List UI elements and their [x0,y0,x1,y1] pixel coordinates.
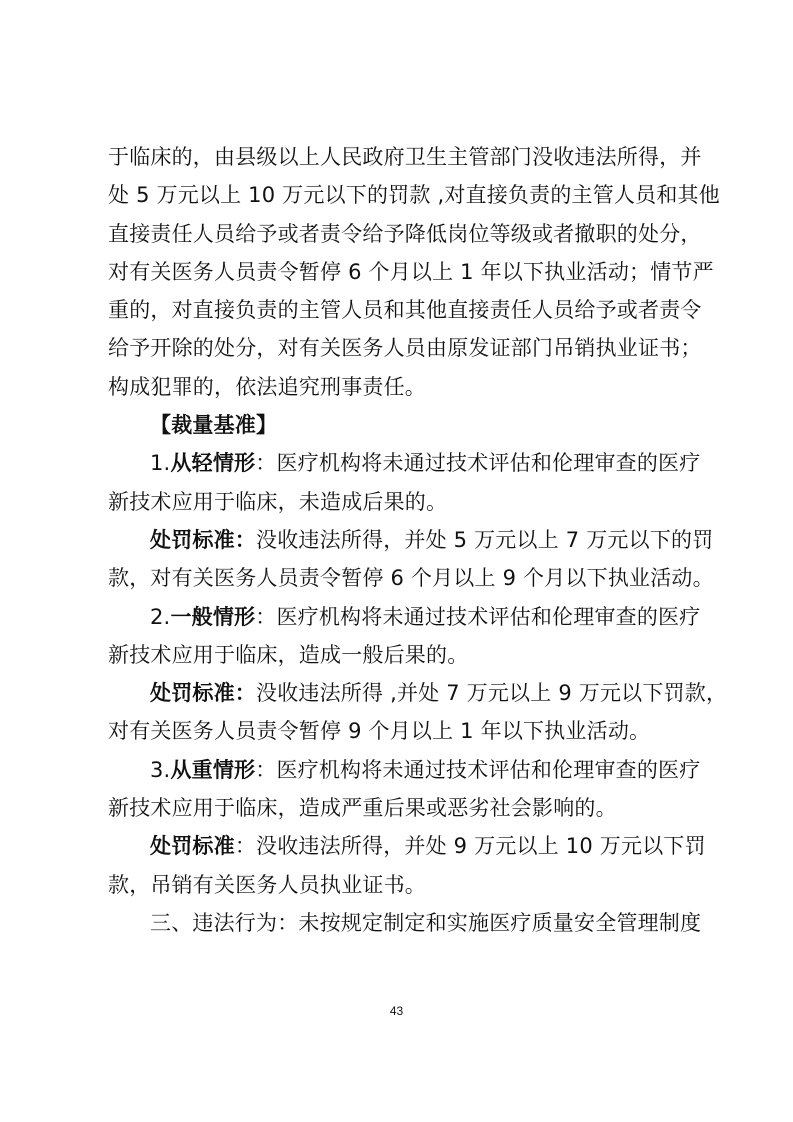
section-heading: 【裁量基准】 [108,406,694,444]
penalty-standard: 处罚标准：没收违法所得，并处 5 万元以上 7 万元以下的罚 [108,521,694,559]
document-page: 于临床的，由县级以上人民政府卫生主管部门没收违法所得，并 处 5 万元以上 10… [108,138,694,942]
item-description-cont: 新技术应用于临床，造成严重后果或恶劣社会影响的。 [108,789,694,827]
paragraph-line: 处 5 万元以上 10 万元以下的罚款 ,对直接负责的主管人员和其他 [108,176,694,214]
item-description: 2.一般情形：医疗机构将未通过技术评估和伦理审查的医疗 [108,598,694,636]
paragraph-line: 构成犯罪的，依法追究刑事责任。 [108,368,694,406]
penalty-standard-cont: 款，对有关医务人员责令暂停 6 个月以上 9 个月以下执业活动。 [108,559,694,597]
item-label: 一般情形 [170,605,255,629]
item-label: 从重情形 [170,758,255,782]
item-description: 1.从轻情形：医疗机构将未通过技术评估和伦理审查的医疗 [108,444,694,482]
penalty-standard: 处罚标准：没收违法所得 ,并处 7 万元以上 9 万元以下罚款， [108,674,694,712]
paragraph-line: 重的，对直接负责的主管人员和其他直接责任人员给予或者责令 [108,291,694,329]
penalty-label: 处罚标准 [150,834,235,858]
item-description-cont: 新技术应用于临床，造成一般后果的。 [108,636,694,674]
paragraph-line: 直接责任人员给予或者责令给予降低岗位等级或者撤职的处分， [108,215,694,253]
penalty-label: 处罚标准： [150,528,256,552]
penalty-standard-cont: 款，吊销有关医务人员执业证书。 [108,866,694,904]
item-description-cont: 新技术应用于临床，未造成后果的。 [108,483,694,521]
paragraph-line: 于临床的，由县级以上人民政府卫生主管部门没收违法所得，并 [108,138,694,176]
penalty-label: 处罚标准： [150,681,256,705]
penalty-standard-cont: 对有关医务人员责令暂停 9 个月以上 1 年以下执业活动。 [108,712,694,750]
penalty-standard: 处罚标准：没收违法所得，并处 9 万元以上 10 万元以下罚 [108,827,694,865]
item-label: 从轻情形 [170,451,255,475]
item-description: 3.从重情形：医疗机构将未通过技术评估和伦理审查的医疗 [108,751,694,789]
paragraph-line: 对有关医务人员责令暂停 6 个月以上 1 年以下执业活动；情节严 [108,253,694,291]
paragraph-line: 给予开除的处分，对有关医务人员由原发证部门吊销执业证书； [108,329,694,367]
next-section-heading: 三、违法行为：未按规定制定和实施医疗质量安全管理制度 [108,904,694,942]
page-number: 43 [0,1004,793,1018]
